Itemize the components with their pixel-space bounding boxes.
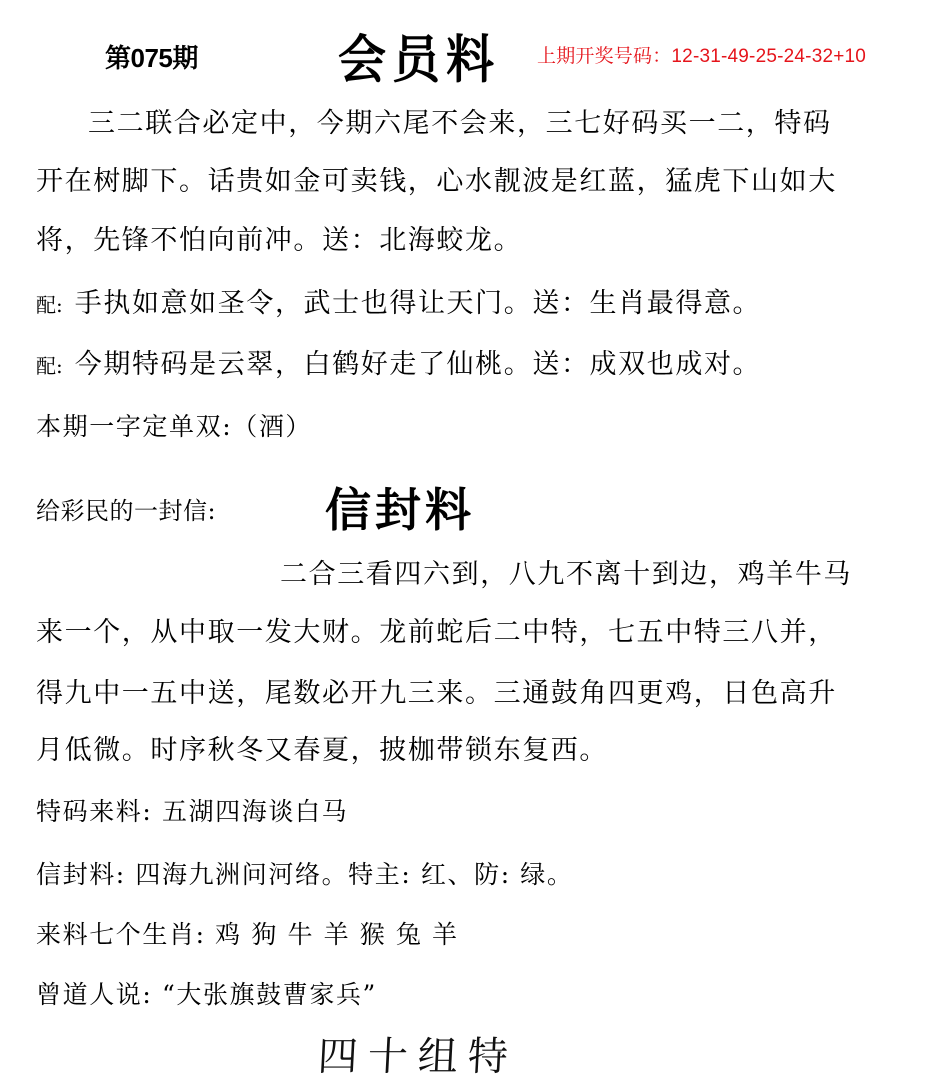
page-title: 会员料 [338,18,500,93]
last-draw-numbers: 12-31-49-25-24-32+10 [671,46,866,67]
pair-prefix: 配: [36,293,63,317]
issue-number: 第075期 [105,38,198,75]
footer-handwritten-note: 四十组特 [317,1025,520,1082]
envelope-label: 给彩民的一封信: [36,491,216,526]
taoist-saying-line: 曾道人说: “大张旗鼓曹家兵” [36,978,377,1012]
member-text-line-3: 将，先锋不怕向前冲。送：北海蛟龙。 [36,224,522,258]
last-draw-result: 上期开奖号码：12-31-49-25-24-32+10 [537,41,866,68]
envelope-text-line-3: 得九中一五中送，尾数必开九三来。三通鼓角四更鸡，日色高升 [36,677,837,711]
member-text-line-1: 三二联合必定中，今期六尾不会来，三七好码买一二，特码 [88,107,832,141]
last-draw-label: 上期开奖号码： [537,46,671,67]
pair-line-1: 配:手执如意如圣令，武士也得让天门。送：生肖最得意。 [36,287,761,322]
pair-text: 今期特码是云翠，白鹤好走了仙桃。送：成双也成对。 [75,349,761,380]
envelope-note-line: 信封料: 四海九洲问河络。特主: 红、防: 绿。 [36,858,574,892]
envelope-title: 信封料 [325,474,475,540]
odd-even-line: 本期一字定单双:（酒） [36,410,312,444]
pair-text: 手执如意如圣令，武士也得让天门。送：生肖最得意。 [75,288,761,319]
envelope-text-line-4: 月低微。时序秋冬又春夏，披枷带锁东复西。 [36,734,608,768]
pair-prefix: 配: [36,354,63,378]
envelope-text-line-1: 二合三看四六到，八九不离十到边，鸡羊牛马 [280,558,852,592]
seven-zodiacs-line: 来料七个生肖: 鸡 狗 牛 羊 猴 兔 羊 [36,918,459,952]
member-text-line-2: 开在树脚下。话贵如金可卖钱，心水靓波是红蓝，猛虎下山如大 [36,165,837,199]
special-source-line: 特码来料: 五湖四海谈白马 [36,795,348,829]
envelope-text-line-2: 来一个，从中取一发大财。龙前蛇后二中特，七五中特三八并， [36,616,837,650]
pair-line-2: 配:今期特码是云翠，白鹤好走了仙桃。送：成双也成对。 [36,348,761,383]
